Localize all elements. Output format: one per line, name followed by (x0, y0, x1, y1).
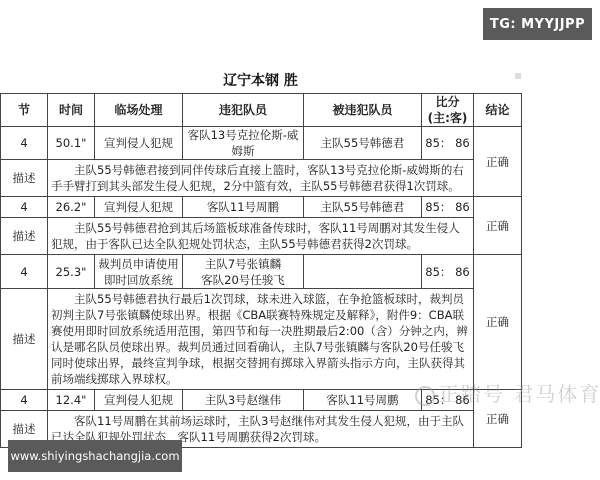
cell-offender: 主队3号赵继伟 (183, 390, 304, 411)
watermark-text: 正踏号 君马体育 (439, 382, 600, 406)
cell-fouled: 客队11号周鹏 (304, 390, 422, 411)
cell-period: 4 (1, 127, 48, 160)
table-row: 4 26.2" 宣判侵人犯规 客队11号周鹏 主队55号韩德君 85： 86 正… (1, 197, 522, 218)
cell-call: 宣判侵人犯规 (95, 127, 183, 160)
table-row: 4 25.3" 裁判员申请使用 即时回放系统 主队7号张镇麟 客队20号任骏飞 … (1, 255, 522, 289)
cell-time: 25.3" (48, 255, 95, 289)
cell-period: 4 (1, 390, 48, 411)
cell-time: 26.2" (48, 197, 95, 218)
header-call: 临场处理 (95, 94, 183, 127)
cell-offender: 客队13号克拉伦斯-威姆斯 (183, 127, 304, 160)
description-row: 描述 主队55号韩德君抢到其后场篮板球准备传球时，客队11号周鹏对其发生侵人犯规… (1, 218, 522, 255)
watermark-logo-icon (415, 386, 435, 406)
cell-call: 宣判侵人犯规 (95, 390, 183, 411)
description-row: 描述 主队55号韩德君执行最后1次罚球，球未进入球篮，在争抢篮板球时，裁判员初判… (1, 289, 522, 390)
scroll-marker (515, 73, 521, 79)
tg-badge: TG: MYYJJPP (483, 8, 592, 40)
description-label: 描述 (1, 218, 48, 255)
header-score-line1: 比分 (422, 94, 473, 110)
cell-time: 50.1" (48, 127, 95, 160)
cell-conclusion: 正确 (474, 197, 522, 255)
header-fouled: 被违犯队员 (304, 94, 422, 127)
description-text: 主队55号韩德君执行最后1次罚球，球未进入球篮，在争抢篮板球时，裁判员初判主队7… (48, 289, 474, 390)
site-url-badge: www.shiyingshachangjia.com (8, 440, 182, 472)
header-score: 比分 (主:客) (422, 94, 474, 127)
description-label: 描述 (1, 289, 48, 390)
cell-score: 85： 86 (422, 255, 474, 289)
cell-score: 85： 86 (422, 127, 474, 160)
header-conclusion: 结论 (474, 94, 522, 127)
cell-call-line2: 即时回放系统 (95, 272, 182, 288)
cell-offender-line2: 客队20号任骏飞 (183, 272, 303, 288)
cell-offender: 主队7号张镇麟 客队20号任骏飞 (183, 255, 304, 289)
watermark: 正踏号 君马体育 (415, 378, 600, 407)
cell-time: 12.4" (48, 390, 95, 411)
cell-fouled (304, 255, 422, 289)
header-offender: 违犯队员 (183, 94, 304, 127)
page-title: 辽宁本钢 胜 (0, 70, 521, 90)
header-time: 时间 (48, 94, 95, 127)
cell-score: 85： 86 (422, 197, 474, 218)
header-score-line2: (主:客) (422, 110, 473, 126)
cell-period: 4 (1, 255, 48, 289)
cell-call-line1: 裁判员申请使用 (95, 256, 182, 272)
description-text: 主队55号韩德君抢到其后场篮板球准备传球时，客队11号周鹏对其发生侵人犯规，由于… (48, 218, 474, 255)
description-text: 主队55号韩德君接到同伴传球后直接上篮时，客队13号克拉伦斯-威姆斯的右手手臂打… (48, 160, 474, 197)
cell-fouled: 主队55号韩德君 (304, 197, 422, 218)
cell-conclusion: 正确 (474, 255, 522, 390)
table-row: 4 50.1" 宣判侵人犯规 客队13号克拉伦斯-威姆斯 主队55号韩德君 85… (1, 127, 522, 160)
cell-conclusion: 正确 (474, 127, 522, 197)
cell-period: 4 (1, 197, 48, 218)
description-label: 描述 (1, 160, 48, 197)
table-header-row: 节 时间 临场处理 违犯队员 被违犯队员 比分 (主:客) 结论 (1, 94, 522, 127)
cell-call: 裁判员申请使用 即时回放系统 (95, 255, 183, 289)
cell-offender: 客队11号周鹏 (183, 197, 304, 218)
cell-offender-line1: 主队7号张镇麟 (183, 256, 303, 272)
cell-call: 宣判侵人犯规 (95, 197, 183, 218)
description-row: 描述 主队55号韩德君接到同伴传球后直接上篮时，客队13号克拉伦斯-威姆斯的右手… (1, 160, 522, 197)
cell-fouled: 主队55号韩德君 (304, 127, 422, 160)
header-period: 节 (1, 94, 48, 127)
